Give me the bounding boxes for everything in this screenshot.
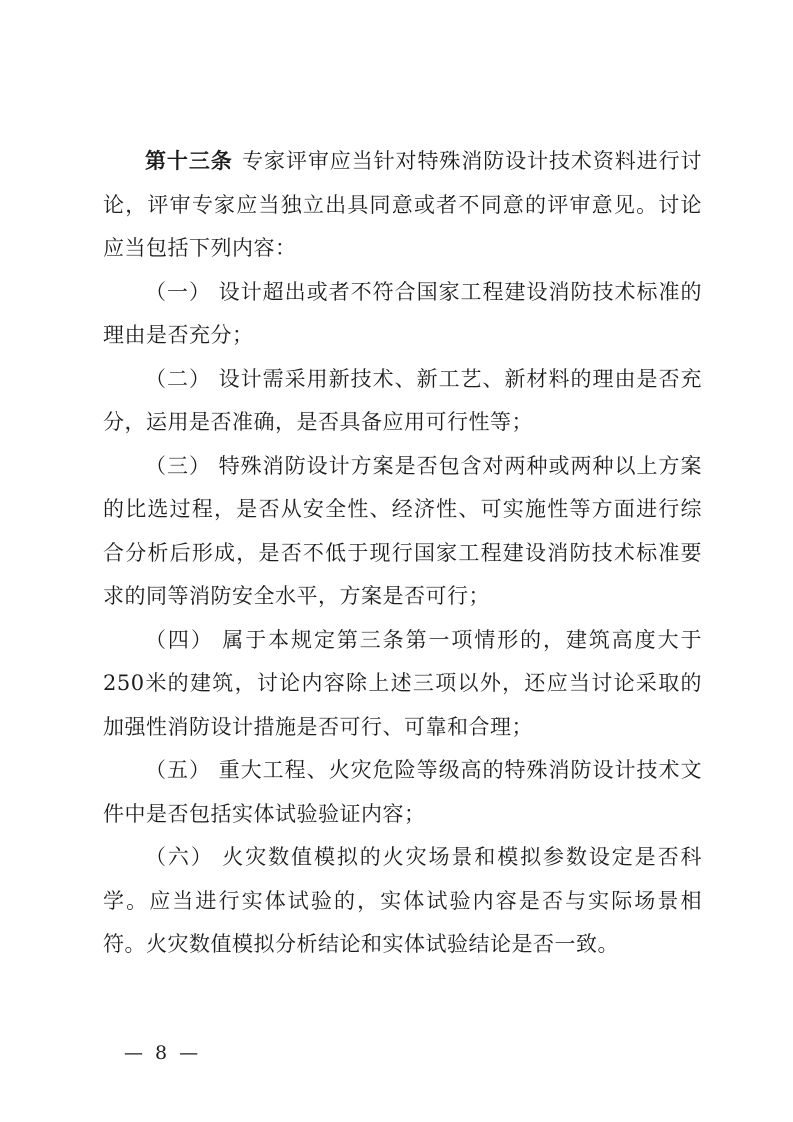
article-paragraph: 第十三条专家评审应当针对特殊消防设计技术资料进行讨论，评审专家应当独立出具同意或… [103,139,702,271]
list-item-3: （三） 特殊消防设计方案是否包含对两种或两种以上方案的比选过程，是否从安全性、经… [103,445,702,619]
list-item-2: （二） 设计需采用新技术、新工艺、新材料的理由是否充分，运用是否准确，是否具备应… [103,358,702,445]
article-number: 第十三条 [145,148,233,173]
list-item-4: （四） 属于本规定第三条第一项情形的，建筑高度大于250米的建筑，讨论内容除上述… [103,619,702,750]
list-item-5: （五） 重大工程、火灾危险等级高的特殊消防设计技术文件中是否包括实体试验验证内容… [103,749,702,836]
document-body: 第十三条专家评审应当针对特殊消防设计技术资料进行讨论，评审专家应当独立出具同意或… [103,139,702,967]
page-number: — 8 — [124,1042,201,1064]
list-item-6: （六） 火灾数值模拟的火灾场景和模拟参数设定是否科学。应当进行实体试验的，实体试… [103,836,702,967]
list-item-1: （一） 设计超出或者不符合国家工程建设消防技术标准的理由是否充分； [103,271,702,358]
document-page: 第十三条专家评审应当针对特殊消防设计技术资料进行讨论，评审专家应当独立出具同意或… [0,0,793,1122]
